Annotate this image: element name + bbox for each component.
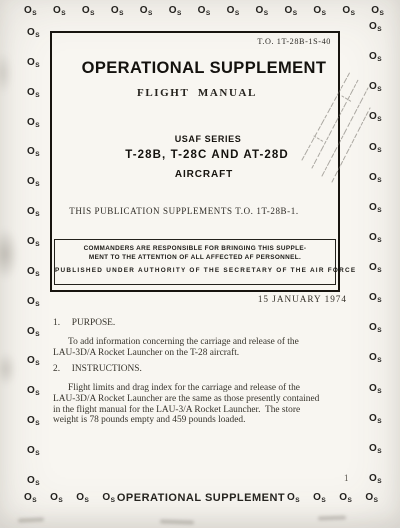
os-symbol: OS: [369, 233, 382, 243]
notice-line: COMMANDERS ARE RESPONSIBLE FOR BRINGING …: [55, 245, 335, 252]
series-label: USAF SERIES: [175, 134, 242, 144]
section-purpose-paragraph: To add information concerning the carria…: [53, 337, 299, 359]
page-number: 1: [344, 473, 349, 483]
os-symbol: OS: [111, 6, 124, 16]
os-symbol: OS: [369, 203, 382, 213]
os-border-bottom-left: OSOSOSOS: [24, 493, 115, 503]
os-symbol: OS: [24, 493, 37, 503]
notice-line: MENT TO THE ATTENTION OF ALL AFFECTED AF…: [55, 254, 335, 261]
section-heading-purpose: 1. PURPOSE.: [53, 318, 115, 328]
authority-line: PUBLISHED UNDER AUTHORITY OF THE SECRETA…: [55, 267, 335, 274]
os-symbol: OS: [227, 6, 240, 16]
os-symbol: OS: [27, 297, 40, 307]
os-symbol: OS: [371, 6, 384, 16]
footer-band: OSOSOSOS OPERATIONAL SUPPLEMENT OSOSOSOS: [24, 492, 378, 504]
os-symbol: OS: [339, 493, 352, 503]
os-symbol: OS: [27, 237, 40, 247]
os-symbol: OS: [198, 6, 211, 16]
os-symbol: OS: [369, 22, 382, 32]
os-symbol: OS: [27, 147, 40, 157]
supplements-note: THIS PUBLICATION SUPPLEMENTS T.O. 1T-28B…: [69, 206, 298, 216]
text-line: LAU-3D/A Rocket Launcher are the same as…: [53, 394, 319, 405]
os-symbol: OS: [369, 414, 382, 424]
section-instructions-paragraph: Flight limits and drag index for the car…: [53, 383, 319, 426]
os-border-top: OSOSOSOSOSOSOSOSOSOSOSOSOS: [24, 6, 384, 16]
section-heading-instructions: 2. INSTRUCTIONS.: [53, 364, 142, 374]
os-symbol: OS: [369, 293, 382, 303]
os-symbol: OS: [82, 6, 95, 16]
os-border-left: OSOSOSOSOSOSOSOSOSOSOSOSOSOSOSOS: [27, 28, 40, 486]
os-symbol: OS: [27, 207, 40, 217]
os-symbol: OS: [27, 476, 40, 486]
os-symbol: OS: [369, 263, 382, 273]
scan-artifact: [18, 517, 44, 522]
os-symbol: OS: [27, 327, 40, 337]
os-symbol: OS: [256, 6, 269, 16]
os-symbol: OS: [369, 444, 382, 454]
os-symbol: OS: [342, 6, 355, 16]
os-symbol: OS: [313, 6, 326, 16]
footer-title: OPERATIONAL SUPPLEMENT: [117, 492, 285, 504]
text-line: Flight limits and drag index for the car…: [53, 383, 319, 394]
os-symbol: OS: [27, 416, 40, 426]
os-symbol: OS: [369, 353, 382, 363]
technical-order-number: T.O. 1T-28B-1S-40: [257, 37, 331, 46]
os-symbol: OS: [27, 356, 40, 366]
os-symbol: OS: [369, 384, 382, 394]
os-symbol: OS: [27, 446, 40, 456]
os-symbol: OS: [102, 493, 115, 503]
os-symbol: OS: [313, 493, 326, 503]
os-symbol: OS: [169, 6, 182, 16]
os-border-bottom-right: OSOSOSOS: [287, 493, 378, 503]
os-symbol: OS: [369, 474, 382, 484]
os-symbol: OS: [27, 58, 40, 68]
os-symbol: OS: [27, 386, 40, 396]
commanders-notice-box: COMMANDERS ARE RESPONSIBLE FOR BRINGING …: [54, 239, 336, 285]
scan-artifact: [0, 228, 18, 280]
os-symbol: OS: [369, 323, 382, 333]
os-symbol: OS: [24, 6, 37, 16]
publication-date: 15 JANUARY 1974: [258, 294, 347, 304]
os-symbol: OS: [27, 118, 40, 128]
os-symbol: OS: [27, 88, 40, 98]
scanned-document-page: OSOSOSOSOSOSOSOSOSOSOSOSOS OSOSOSOSOSOSO…: [0, 0, 400, 528]
os-symbol: OS: [287, 493, 300, 503]
text-line: To add information concerning the carria…: [53, 337, 299, 348]
text-line: weight is 78 pounds empty and 459 pounds…: [53, 415, 319, 426]
os-symbol: OS: [140, 6, 153, 16]
os-symbol: OS: [50, 493, 63, 503]
document-subtitle: FLIGHT MANUAL: [137, 87, 257, 99]
os-symbol: OS: [53, 6, 66, 16]
os-symbol: OS: [76, 493, 89, 503]
scan-artifact: [318, 516, 346, 521]
scan-artifact: [0, 352, 16, 386]
aircraft-models: T-28B, T-28C AND AT-28D: [125, 149, 289, 161]
title-box: T.O. 1T-28B-1S-40 OPERATIONAL SUPPLEMENT…: [50, 31, 340, 292]
os-symbol: OS: [365, 493, 378, 503]
aircraft-label: AIRCRAFT: [175, 169, 233, 180]
os-symbol: OS: [284, 6, 297, 16]
text-line: in the flight manual for the LAU-3/A Roc…: [53, 405, 319, 416]
os-symbol: OS: [27, 177, 40, 187]
handwritten-stamp: [284, 58, 374, 188]
scan-artifact: [160, 519, 194, 524]
os-symbol: OS: [27, 267, 40, 277]
text-line: LAU-3D/A Rocket Launcher on the T-28 air…: [53, 348, 299, 359]
os-symbol: OS: [27, 28, 40, 38]
scan-artifact: [0, 52, 12, 94]
